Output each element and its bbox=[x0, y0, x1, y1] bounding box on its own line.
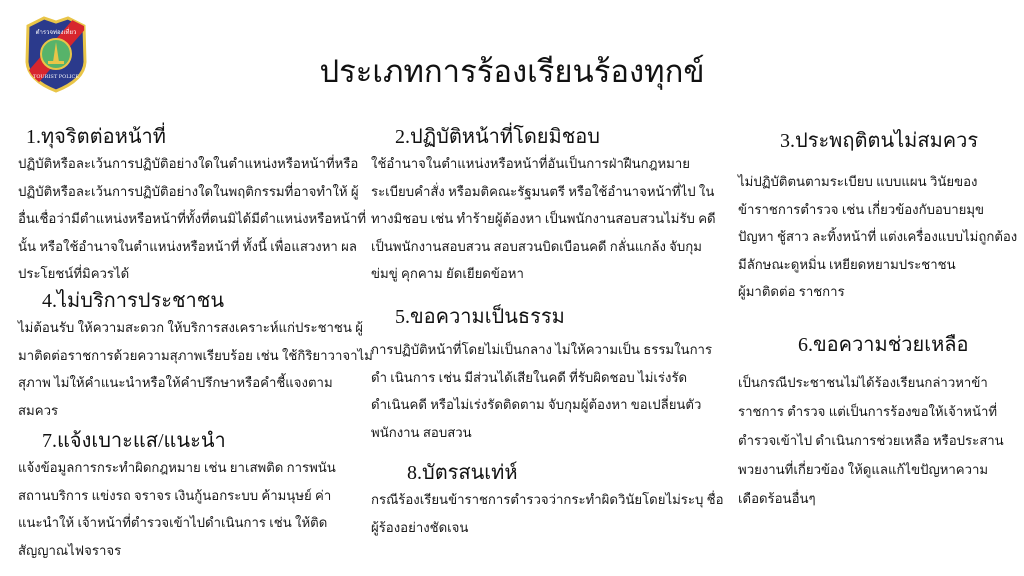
section-body: ปฏิบัติหรือละเว้นการปฏิบัติอย่างใดในตำแห… bbox=[18, 150, 366, 288]
section-heading: 1.ทุจริตต่อหน้าที่ bbox=[18, 124, 366, 150]
section-body: แจ้งข้อมูลการกระทำผิดกฎหมาย เช่น ยาเสพติ… bbox=[18, 454, 336, 564]
svg-text:ตำรวจท่องเที่ยว: ตำรวจท่องเที่ยว bbox=[36, 28, 77, 36]
section-4: 4.ไม่บริการประชาชน ไม่ต้อนรับ ให้ความสะด… bbox=[18, 288, 373, 424]
section-heading: 6.ขอความช่วยเหลือ bbox=[738, 332, 1004, 358]
section-body: ไม่ปฏิบัติตนตามระเบียบ แบบแผน วินัยของ ข… bbox=[738, 168, 1017, 306]
section-heading: 7.แจ้งเบาะแส/แนะนำ bbox=[18, 428, 336, 454]
section-heading: 3.ประพฤติตนไม่สมควร bbox=[738, 128, 1017, 154]
section-2: 2.ปฏิบัติหน้าที่โดยมิชอบ ใช้อำนาจในตำแหน… bbox=[371, 124, 716, 288]
section-7: 7.แจ้งเบาะแส/แนะนำ แจ้งข้อมูลการกระทำผิด… bbox=[18, 428, 336, 564]
section-3: 3.ประพฤติตนไม่สมควร ไม่ปฏิบัติตนตามระเบี… bbox=[738, 128, 1017, 306]
section-body: ไม่ต้อนรับ ให้ความสะดวก ให้บริการสงเคราะ… bbox=[18, 314, 373, 424]
section-5: 5.ขอความเป็นธรรม การปฏิบัติหน้าที่โดยไม่… bbox=[371, 304, 712, 446]
section-body: กรณีร้องเรียนข้าราชการตำรวจว่ากระทำผิดวิ… bbox=[371, 486, 724, 541]
section-6: 6.ขอความช่วยเหลือ เป็นกรณีประชาชนไม่ได้ร… bbox=[738, 332, 1004, 513]
section-1: 1.ทุจริตต่อหน้าที่ ปฏิบัติหรือละเว้นการป… bbox=[18, 124, 366, 288]
section-8: 8.บัตรสนเท่ห์ กรณีร้องเรียนข้าราชการตำรว… bbox=[371, 460, 724, 541]
section-heading: 5.ขอความเป็นธรรม bbox=[371, 304, 712, 330]
page-title: ประเภทการร้องเรียนร้องทุกข์ bbox=[0, 46, 1024, 96]
section-heading: 4.ไม่บริการประชาชน bbox=[18, 288, 373, 314]
section-heading: 2.ปฏิบัติหน้าที่โดยมิชอบ bbox=[371, 124, 716, 150]
section-heading: 8.บัตรสนเท่ห์ bbox=[371, 460, 724, 486]
section-body: เป็นกรณีประชาชนไม่ได้ร้องเรียนกล่าวหาข้า… bbox=[738, 368, 1004, 513]
section-body: การปฏิบัติหน้าที่โดยไม่เป็นกลาง ไม่ให้คว… bbox=[371, 336, 712, 446]
section-body: ใช้อำนาจในตำแหน่งหรือหน้าที่อันเป็นการฝ่… bbox=[371, 150, 716, 288]
